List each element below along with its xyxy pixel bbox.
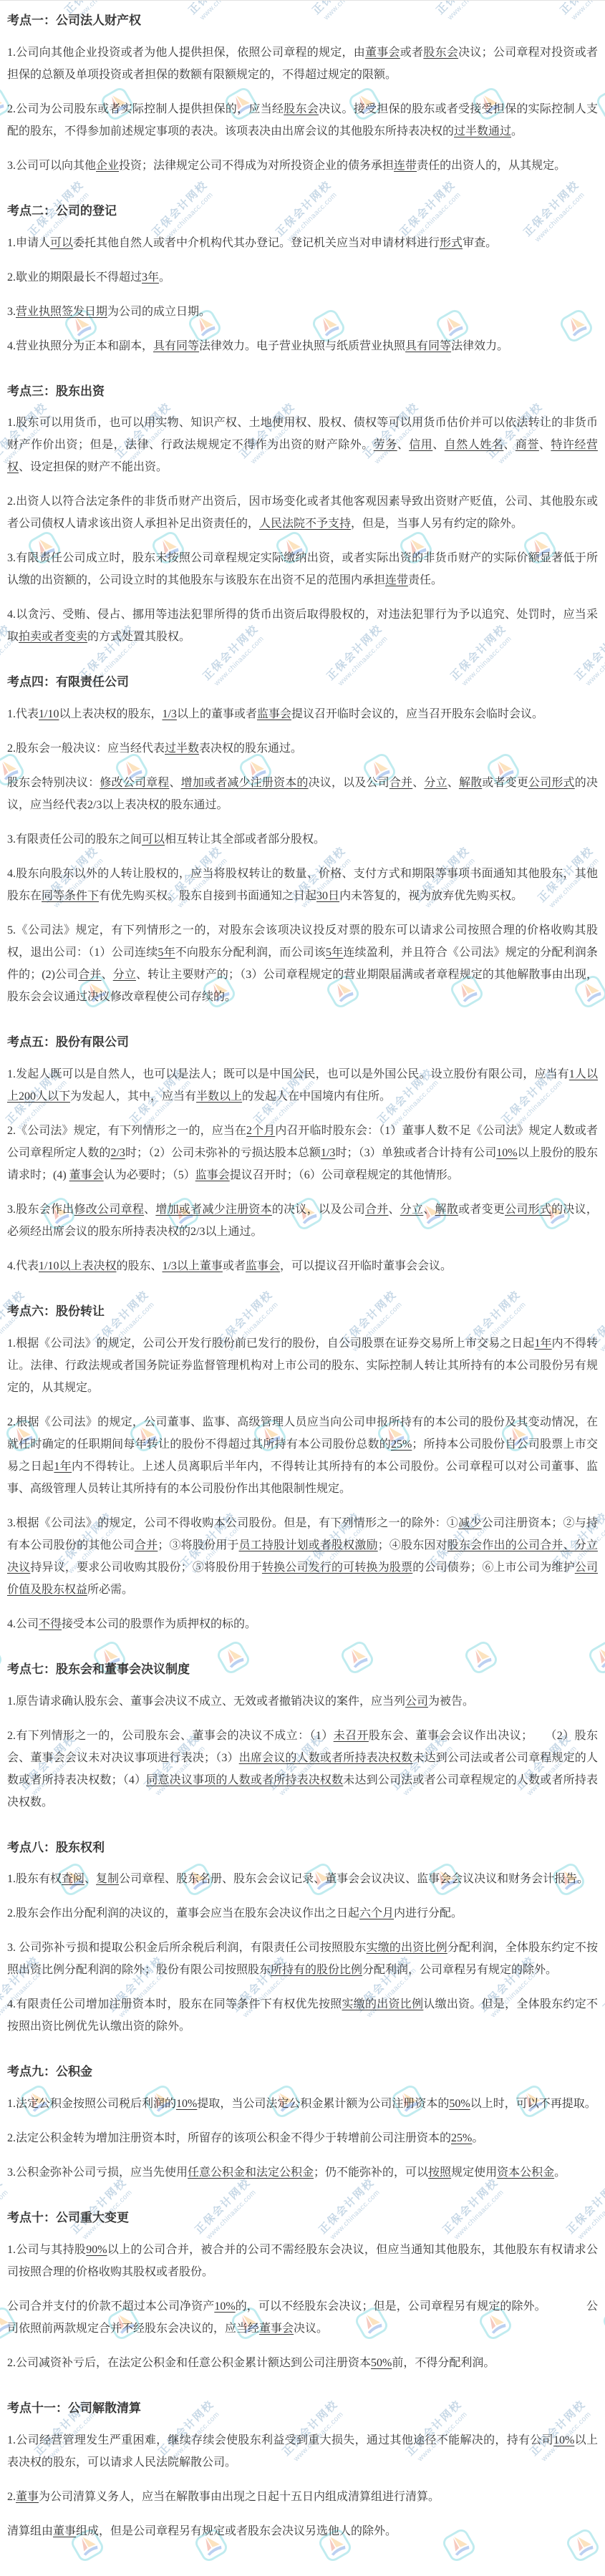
paragraph: 3.根据《公司法》的规定，公司不得收购本公司股份。但是，有下列情形之一的除外：①… [7, 1512, 598, 1601]
paragraph: 2.歇业的期限最长不得超过3年。 [7, 266, 598, 289]
section-title: 考点二：公司的登记 [7, 203, 598, 220]
section-title: 考点八：股东权利 [7, 1839, 598, 1856]
section-title: 考点四：有限责任公司 [7, 674, 598, 691]
paragraph: 1.法定公积金按照公司税后利润的10%提取，当公司法定公积金累计额为公司注册资本… [7, 2093, 598, 2115]
section-title: 考点五：股份有限公司 [7, 1034, 598, 1051]
paragraph: 3.营业执照签发日期为公司的成立日期。 [7, 301, 598, 323]
paragraph: 2.有下列情形之一的，公司股东会、董事会的决议不成立：（1）未召开股东会、董事会… [7, 1725, 598, 1814]
paragraph: 1.代表1/10以上表决权的股东，1/3以上的董事或者监事会提议召开临时会议的，… [7, 703, 598, 725]
paragraph: 2.股东会作出分配利润的决议的，董事会应当在股东会决议作出之日起六个月内进行分配… [7, 1902, 598, 1924]
paragraph: 2.股东会一般决议：应当经代表过半数表决权的股东通过。 [7, 737, 598, 760]
paragraph: 4.有限责任公司增加注册资本时，股东在同等条件下有权优先按照实缴的出资比例认缴出… [7, 1993, 598, 2038]
section: 考点九：公积金1.法定公积金按照公司税后利润的10%提取，当公司法定公积金累计额… [7, 2063, 598, 2184]
paragraph: 1.公司向其他企业投资或者为他人提供担保，依照公司章程的规定，由董事会或者股东会… [7, 42, 598, 86]
paragraph: 3.有限责任公司成立时，股东未按照公司章程规定实际缴纳出资，或者实际出资的非货币… [7, 547, 598, 591]
document: 考点一：公司法人财产权1.公司向其他企业投资或者为他人提供担保，依照公司章程的规… [0, 0, 605, 2576]
section: 考点八：股东权利1.股东有权查阅、复制公司章程、股东名册、股东会会议记录、董事会… [7, 1839, 598, 2038]
paragraph: 2.出资人以符合法定条件的非货币财产出资后，因市场变化或者其他客观因素导致出资财… [7, 490, 598, 535]
section: 考点六：股份转让1.根据《公司法》的规定，公司公开发行股份前已发行的股份，自公司… [7, 1303, 598, 1635]
paragraph: 4.以贪污、受贿、侵占、挪用等违法犯罪所得的货币出资后取得股权的，对违法犯罪行为… [7, 604, 598, 648]
paragraph: 公司合并支付的价款不超过本公司净资产10%的，可以不经股东会决议；但是，公司章程… [7, 2295, 598, 2340]
section: 考点十一：公司解散清算1.公司经营管理发生严重困难，继续存续会使股东利益受到重大… [7, 2400, 598, 2542]
section-title: 考点九：公积金 [7, 2063, 598, 2081]
section-title: 考点十一：公司解散清算 [7, 2400, 598, 2417]
paragraph: 2.根据《公司法》的规定，公司董事、监事、高级管理人员应当向公司申报所持有的本公… [7, 1411, 598, 1500]
paragraph: 3.股东会作出修改公司章程、增加或者减少注册资本的决议，以及公司合并、分立、解散… [7, 1199, 598, 1243]
paragraph: 4.公司不得接受本公司的股票作为质押权的标的。 [7, 1613, 598, 1635]
section: 考点二：公司的登记1.申请人可以委托其他自然人或者中介机构代其办登记。登记机关应… [7, 203, 598, 357]
paragraph: 清算组由董事组成，但是公司章程另有规定或者股东会决议另选他人的除外。 [7, 2520, 598, 2542]
paragraph: 1.发起人既可以是自然人，也可以是法人；既可以是中国公民，也可以是外国公民。设立… [7, 1063, 598, 1108]
paragraph: 2.法定公积金转为增加注册资本时，所留存的该项公积金不得少于转增前公司注册资本的… [7, 2127, 598, 2149]
paragraph: 2.公司为公司股东或者实际控制人提供担保的，应当经股东会决议。接受担保的股东或者… [7, 98, 598, 142]
paragraph: 4.营业执照分为正本和副本，具有同等法律效力。电子营业执照与纸质营业执照具有同等… [7, 335, 598, 357]
section: 考点七：股东会和董事会决议制度1.原告请求确认股东会、董事会决议不成立、无效或者… [7, 1661, 598, 1814]
paragraph: 3.公司可以向其他企业投资；法律规定公司不得成为对所投资企业的债务承担连带责任的… [7, 155, 598, 177]
paragraph: 3.有限责任公司的股东之间可以相互转让其全部或者部分股权。 [7, 828, 598, 851]
section-title: 考点一：公司法人财产权 [7, 12, 598, 29]
paragraph: 3. 公司弥补亏损和提取公积金后所余税后利润，有限责任公司按照股东实缴的出资比例… [7, 1937, 598, 1981]
paragraph: 3.公积金弥补公司亏损，应当先使用任意公积金和法定公积金；仍不能弥补的，可以按照… [7, 2161, 598, 2184]
section-title: 考点七：股东会和董事会决议制度 [7, 1661, 598, 1678]
paragraph: 2.董事为公司清算义务人，应当在解散事由出现之日起十五日内组成清算组进行清算。 [7, 2486, 598, 2508]
section-title: 考点三：股东出资 [7, 383, 598, 400]
paragraph: 1.股东可以用货币，也可以用实物、知识产权、土地使用权、股权、债权等可以用货币估… [7, 412, 598, 478]
paragraph: 4.股东向股东以外的人转让股权的，应当将股权转让的数量、价格、支付方式和期限等事… [7, 863, 598, 907]
section: 考点十：公司重大变更1.公司与其持股90%以上的公司合并，被合并的公司不需经股东… [7, 2209, 598, 2374]
section: 考点四：有限责任公司1.代表1/10以上表决权的股东，1/3以上的董事或者监事会… [7, 674, 598, 1008]
section-title: 考点六：股份转让 [7, 1303, 598, 1320]
paragraph: 2.《公司法》规定，有下列情形之一的，应当在2个月内召开临时股东会：（1）董事人… [7, 1120, 598, 1186]
paragraph: 1.公司经营管理发生严重困难，继续存续会使股东利益受到重大损失，通过其他途径不能… [7, 2429, 598, 2474]
paragraph: 1.股东有权查阅、复制公司章程、股东名册、股东会会议记录、董事会会议决议、监事会… [7, 1868, 598, 1890]
paragraph: 1.申请人可以委托其他自然人或者中介机构代其办登记。登记机关应当对申请材料进行形… [7, 232, 598, 254]
section: 考点三：股东出资1.股东可以用货币，也可以用实物、知识产权、土地使用权、股权、债… [7, 383, 598, 649]
section-title: 考点十：公司重大变更 [7, 2209, 598, 2227]
paragraph: 4.代表1/10以上表决权的股东、1/3以上董事或者监事会，可以提议召开临时董事… [7, 1255, 598, 1277]
section: 考点五：股份有限公司1.发起人既可以是自然人，也可以是法人；既可以是中国公民，也… [7, 1034, 598, 1277]
paragraph: 2.公司减资补亏后，在法定公积金和任意公积金累计额达到公司注册资本50%前，不得… [7, 2352, 598, 2374]
section: 考点一：公司法人财产权1.公司向其他企业投资或者为他人提供担保，依照公司章程的规… [7, 12, 598, 177]
paragraph: 1.公司与其持股90%以上的公司合并，被合并的公司不需经股东会决议，但应当通知其… [7, 2239, 598, 2283]
paragraph: 5.《公司法》规定，有下列情形之一的，对股东会该项决议投反对票的股东可以请求公司… [7, 919, 598, 1008]
paragraph: 股东会特别决议：修改公司章程、增加或者减少注册资本的决议，以及公司合并、分立、解… [7, 772, 598, 816]
paragraph: 1.根据《公司法》的规定，公司公开发行股份前已发行的股份，自公司股票在证券交易所… [7, 1332, 598, 1399]
paragraph: 1.原告请求确认股东会、董事会决议不成立、无效或者撤销决议的案件，应当列公司为被… [7, 1690, 598, 1713]
